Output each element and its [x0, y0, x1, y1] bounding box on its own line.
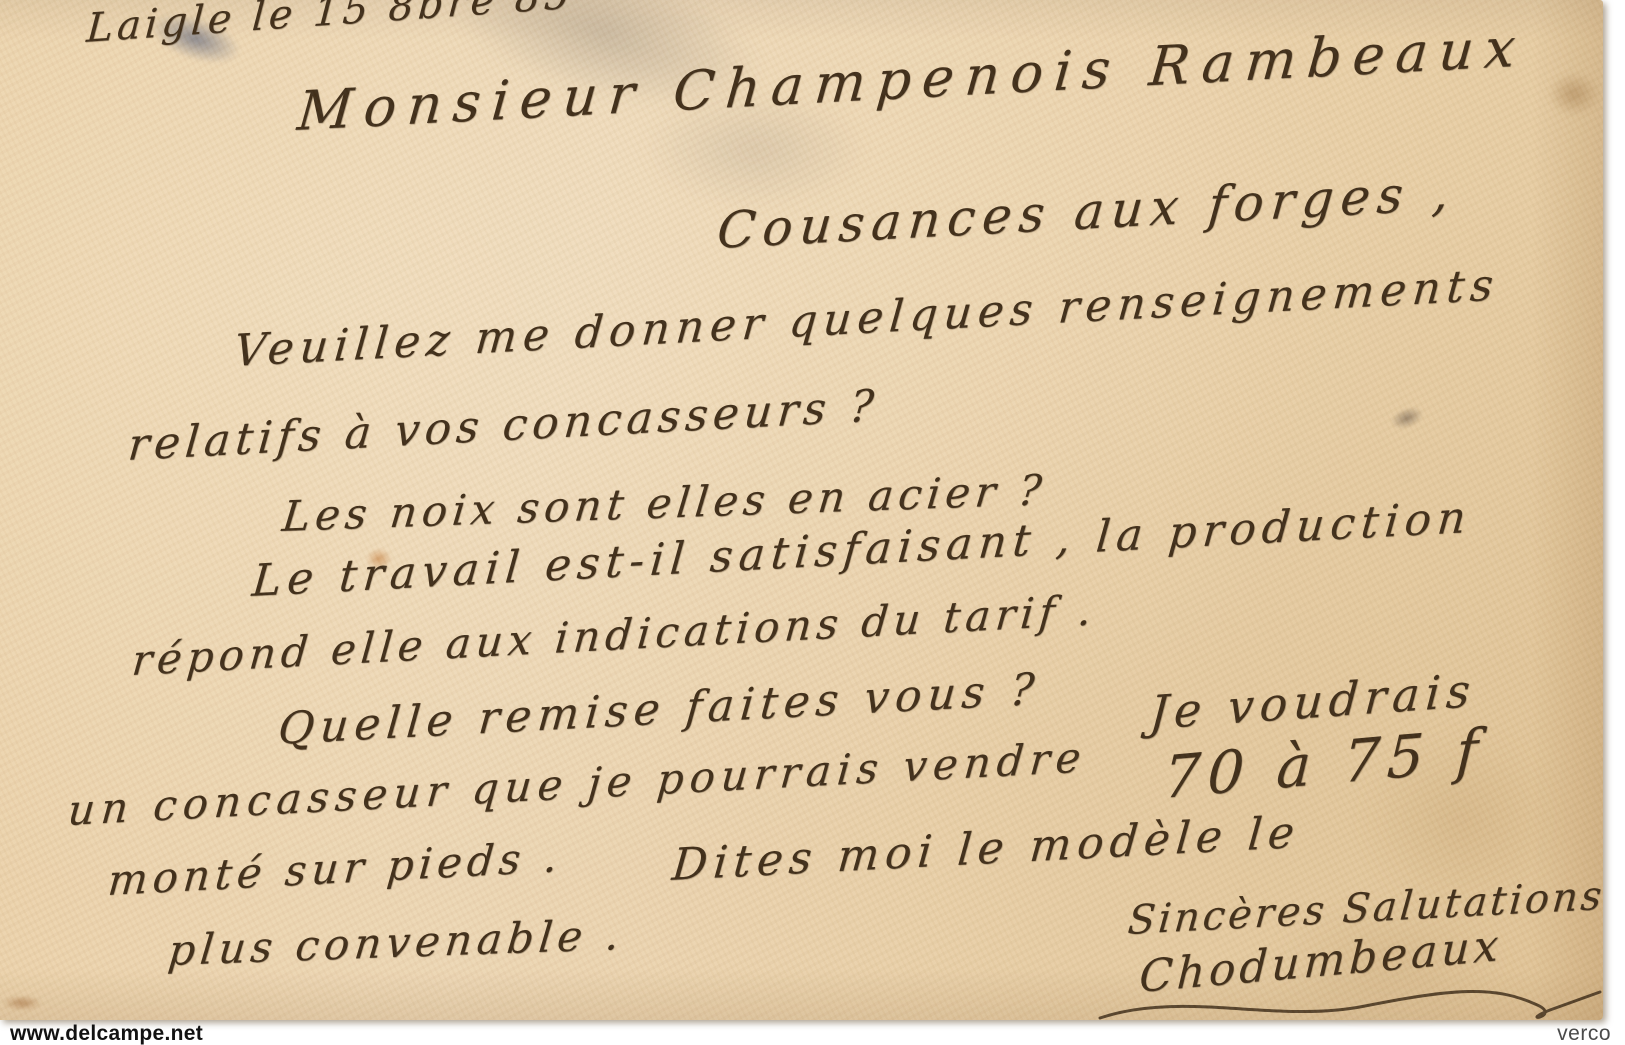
gray-smudge-stain: [640, 90, 870, 210]
handwritten-line: relatifs à vos concasseurs ?: [126, 380, 881, 471]
handwritten-line: Je voudrais: [1148, 663, 1478, 740]
signature-flourish: [1095, 980, 1605, 1030]
dark-speck: [1388, 403, 1427, 433]
handwritten-line: Dites moi le modèle le: [670, 807, 1302, 891]
edge-speck: [2, 995, 42, 1011]
blue-ink-blot: [144, 4, 247, 73]
handwritten-line: Le travail est-il satisfaisant , la prod…: [250, 492, 1474, 607]
handwritten-line: répond elle aux indications du tarif .: [130, 585, 1098, 685]
handwritten-line: plus convenable .: [166, 910, 627, 975]
corner-stain: [1270, 900, 1510, 1020]
handwriting-layer: Laigle le 15 8bre 85 —Monsieur Champenoi…: [0, 0, 1603, 1020]
gray-smudge-stain: [429, 0, 781, 138]
delcampe-watermark: www.delcampe.net: [10, 1022, 203, 1045]
handwritten-line: un concasseur que je pourrais vendre: [66, 732, 1089, 835]
paper-edge-shading: [0, 0, 1603, 1020]
handwritten-line: Cousances aux forges ,: [715, 163, 1458, 260]
handwritten-line: Les noix sont elles en acier ?: [280, 465, 1049, 541]
edge-stain: [1548, 72, 1600, 116]
handwritten-line: Quelle remise faites vous ?: [276, 664, 1042, 755]
handwritten-line: Monsieur Champenois Rambeaux: [295, 15, 1529, 143]
handwritten-line: Laigle le 15 8bre 85 —: [85, 0, 636, 52]
handwritten-line: Chodumbeaux: [1138, 920, 1504, 1003]
corner-stain: [1360, 730, 1560, 910]
verco-watermark: verco: [1557, 1022, 1611, 1045]
handwritten-line: Sincères Salutations: [1126, 873, 1606, 944]
rust-speck: [366, 548, 392, 570]
postcard-scan: Laigle le 15 8bre 85 —Monsieur Champenoi…: [0, 0, 1603, 1020]
handwritten-line: monté sur pieds .: [106, 832, 564, 905]
handwritten-line: Veuillez me donner quelques renseignemen…: [232, 259, 1501, 377]
handwritten-line: 70 à 75 f: [1162, 715, 1486, 812]
